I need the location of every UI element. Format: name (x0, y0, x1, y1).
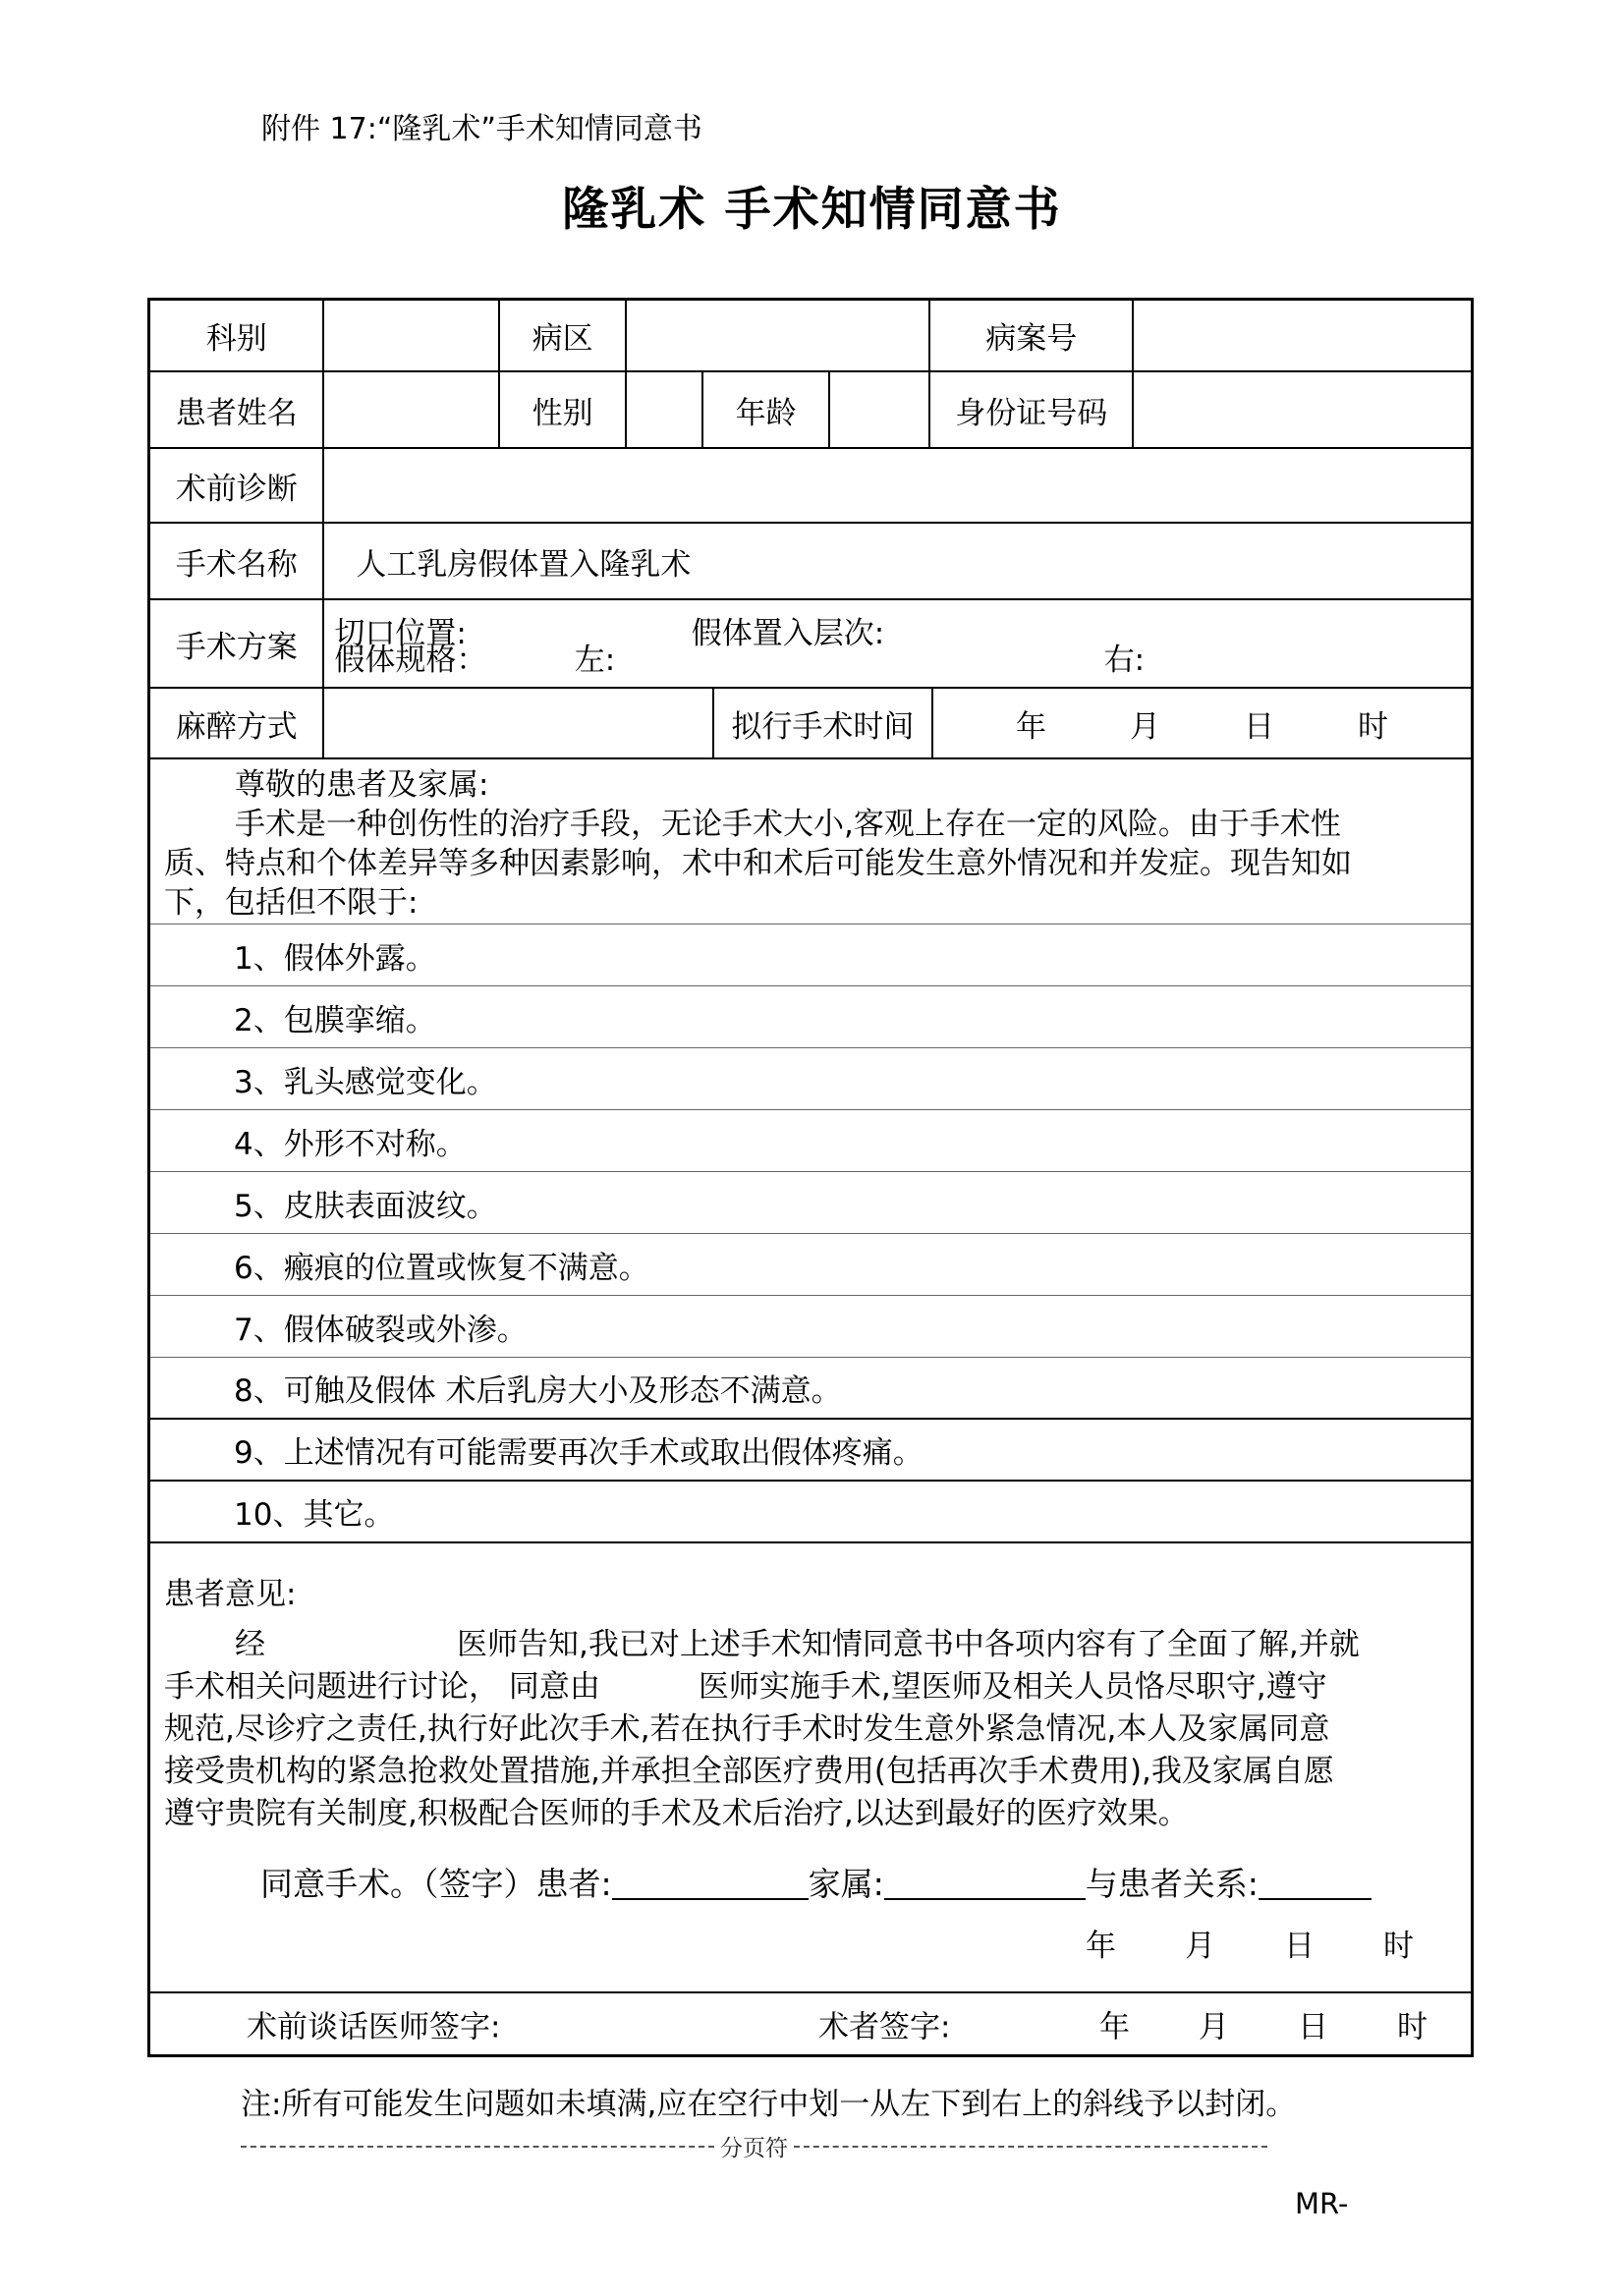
intro-line: 下，包括但不限于: (164, 883, 1457, 923)
surgery-name-label: 手术名称 (150, 524, 324, 598)
row-surgery-plan: 手术方案 切口位置: 假体置入层次: 假体规格： 左: 右: (150, 600, 1471, 689)
year-unit: 年 (1086, 1921, 1116, 1965)
risk-item-3: 3、乳头感觉变化。 (150, 1048, 1471, 1110)
consent-line-5: 遵守贵院有关制度,积极配合医师的手术及术后治疗,以达到最好的医疗效果。 (164, 1793, 1457, 1835)
consent-line-2: 手术相关问题进行讨论， 同意由医师实施手术,望医师及相关人员恪尽职守,遵守 (164, 1666, 1457, 1708)
consent-line-4: 接受贵机构的紧急抢救处置措施,并承担全部医疗费用(包括再次手术费用),我及家属自… (164, 1751, 1457, 1793)
risk-item-text: 2、包膜挛缩。 (234, 995, 436, 1039)
dash-line (794, 2146, 1267, 2148)
signature-date-line[interactable]: 年 月 日 时 (1099, 2002, 1471, 2046)
gender-value-blank[interactable] (627, 372, 703, 447)
hour-unit: 时 (1383, 1921, 1414, 1965)
hour-unit: 时 (1358, 701, 1388, 746)
risk-item-text: 4、外形不对称。 (234, 1119, 467, 1163)
row-anesthesia-time: 麻醉方式 拟行手术时间 年 月 日 时 (150, 689, 1471, 759)
relation-blank[interactable] (1259, 1898, 1372, 1900)
footer-code: MR- (1295, 2187, 1348, 2220)
patient-signature-blank[interactable] (612, 1898, 809, 1900)
row-patient-identity: 患者姓名 性别 年龄 身份证号码 (150, 372, 1471, 449)
id-number-label: 身份证号码 (930, 372, 1134, 447)
diagnosis-label: 术前诊断 (150, 449, 324, 522)
risk-item-text: 9、上述情况有可能需要再次手术或取出假体疼痛。 (234, 1428, 924, 1472)
attachment-label: 附件 17:“隆乳术”手术知情同意书 (261, 104, 702, 147)
page-title: 隆乳术 手术知情同意书 (0, 173, 1624, 239)
patient-name-value-blank[interactable] (324, 372, 500, 447)
risk-item-text: 6、瘢痕的位置或恢复不满意。 (234, 1243, 649, 1287)
age-label: 年龄 (703, 372, 830, 447)
record-no-value-blank[interactable] (1134, 301, 1471, 370)
dash-line (241, 2146, 714, 2148)
id-number-value-blank[interactable] (1134, 372, 1471, 447)
hour-unit: 时 (1397, 2002, 1428, 2046)
risk-item-4: 4、外形不对称。 (150, 1110, 1471, 1172)
year-unit: 年 (1016, 701, 1046, 746)
patient-name-label: 患者姓名 (150, 372, 324, 447)
age-value-blank[interactable] (830, 372, 930, 447)
risk-item-text: 8、可触及假体 术后乳房大小及形态不满意。 (234, 1366, 842, 1410)
relation-label: 与患者关系: (1086, 1859, 1259, 1905)
intro-line: 质、特点和个体差异等多种因素影响，术中和术后可能发生意外情况和并发症。现告知如 (164, 844, 1457, 883)
consent-line-3: 规范,尽诊疗之责任,执行好此次手术,若在执行手术时发生意外紧急情况,本人及家属同… (164, 1708, 1457, 1751)
row-diagnosis: 术前诊断 (150, 449, 1471, 524)
ward-label: 病区 (500, 301, 627, 370)
consent-text: 手术相关问题进行讨论， 同意由 (164, 1669, 600, 1705)
consent-form-page: 附件 17:“隆乳术”手术知情同意书 隆乳术 手术知情同意书 科别 病区 病案号… (0, 0, 1624, 2296)
row-dept-ward-record: 科别 病区 病案号 (150, 301, 1471, 372)
opinion-date-line[interactable]: 年 月 日 时 (164, 1921, 1457, 1965)
risk-item-text: 5、皮肤表面波纹。 (234, 1181, 497, 1225)
risk-item-text: 3、乳头感觉变化。 (234, 1057, 497, 1101)
risk-item-7: 7、假体破裂或外渗。 (150, 1296, 1471, 1358)
left-implant-label: 左: (575, 635, 615, 679)
signature-row: 术前谈话医师签字: 术者签字: 年 月 日 时 (150, 1993, 1471, 2054)
risk-item-8: 8、可触及假体 术后乳房大小及形态不满意。 (150, 1358, 1471, 1420)
form-table: 科别 病区 病案号 患者姓名 性别 年龄 身份证号码 术前诊断 手术名称 人工乳… (147, 298, 1474, 2057)
risk-item-text: 10、其它。 (234, 1489, 394, 1534)
anesthesia-value-blank[interactable] (324, 689, 713, 757)
row-surgery-name: 手术名称 人工乳房假体置入隆乳术 (150, 524, 1471, 600)
risk-item-2: 2、包膜挛缩。 (150, 986, 1471, 1048)
risk-item-text: 1、假体外露。 (234, 933, 436, 978)
day-unit: 日 (1284, 1921, 1315, 1965)
agree-prefix: 同意手术。（签字）患者: (260, 1859, 612, 1905)
note-text: 注:所有可能发生问题如未填满,应在空行中划一从左下到右上的斜线予以封闭。 (241, 2079, 1296, 2123)
day-unit: 日 (1298, 2002, 1328, 2046)
consent-line-1: 经医师告知,我已对上述手术知情同意书中各项内容有了全面了解,并就 (164, 1624, 1457, 1666)
surgery-time-value-blank[interactable]: 年 月 日 时 (933, 689, 1471, 757)
family-signature-blank[interactable] (884, 1898, 1086, 1900)
implant-layer-label: 假体置入层次: (692, 608, 884, 652)
gender-label: 性别 (500, 372, 627, 447)
consent-text: 医师告知,我已对上述手术知情同意书中各项内容有了全面了解,并就 (457, 1627, 1360, 1662)
page-break-label: 分页符 (714, 2130, 794, 2162)
surgery-time-label: 拟行手术时间 (714, 689, 933, 757)
intro-paragraph: 尊敬的患者及家属: 手术是一种创伤性的治疗手段，无论手术大小,客观上存在一定的风… (150, 759, 1471, 924)
risk-item-6: 6、瘢痕的位置或恢复不满意。 (150, 1234, 1471, 1296)
intro-line: 手术是一种创伤性的治疗手段，无论手术大小,客观上存在一定的风险。由于手术性 (164, 805, 1457, 844)
right-implant-label: 右: (1104, 635, 1145, 679)
patient-opinion-section: 患者意见: 经医师告知,我已对上述手术知情同意书中各项内容有了全面了解,并就 手… (150, 1543, 1471, 1993)
month-unit: 月 (1130, 701, 1160, 746)
plan-detail-cell[interactable]: 切口位置: 假体置入层次: 假体规格： 左: 右: (324, 600, 1471, 687)
ward-value-blank[interactable] (627, 301, 930, 370)
plan-label: 手术方案 (150, 600, 324, 687)
implant-spec-label: 假体规格： (334, 635, 486, 679)
year-unit: 年 (1099, 2002, 1130, 2046)
anesthesia-label: 麻醉方式 (150, 689, 324, 757)
preop-doctor-signature-label[interactable]: 术前谈话医师签字: (247, 2002, 500, 2046)
risk-item-text: 7、假体破裂或外渗。 (234, 1305, 528, 1349)
risk-item-9: 9、上述情况有可能需要再次手术或取出假体疼痛。 (150, 1420, 1471, 1482)
consent-text: 医师实施手术,望医师及相关人员恪尽职守,遵守 (699, 1669, 1327, 1705)
surgeon-signature-label[interactable]: 术者签字: (818, 2002, 950, 2046)
risk-item-1: 1、假体外露。 (150, 924, 1471, 986)
record-no-label: 病案号 (930, 301, 1134, 370)
intro-line: 尊敬的患者及家属: (164, 765, 1457, 805)
opinion-label: 患者意见: (164, 1569, 1457, 1610)
dept-label: 科别 (150, 301, 324, 370)
risk-item-5: 5、皮肤表面波纹。 (150, 1172, 1471, 1234)
month-unit: 月 (1199, 2002, 1229, 2046)
month-unit: 月 (1185, 1921, 1215, 1965)
consent-paragraph: 经医师告知,我已对上述手术知情同意书中各项内容有了全面了解,并就 手术相关问题进… (164, 1624, 1457, 1835)
risk-item-10: 10、其它。 (150, 1482, 1471, 1543)
surgery-name-value: 人工乳房假体置入隆乳术 (324, 524, 1471, 598)
family-label: 家属: (809, 1859, 884, 1905)
agree-statement: 同意手术。（签字）患者: 家属: 与患者关系: (164, 1859, 1457, 1905)
diagnosis-value-blank[interactable] (324, 449, 1471, 522)
consent-text: 经 (235, 1627, 265, 1662)
day-unit: 日 (1244, 701, 1274, 746)
dept-value-blank[interactable] (324, 301, 500, 370)
page-break-divider: 分页符 (241, 2130, 1267, 2162)
